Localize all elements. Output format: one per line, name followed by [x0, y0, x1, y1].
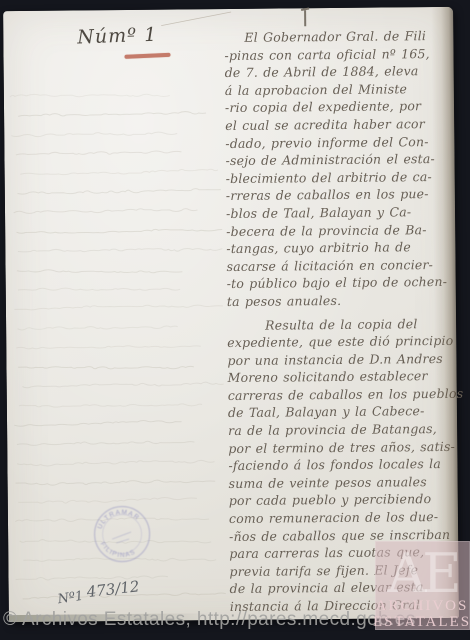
logo-name-line2: ESTATALES	[372, 614, 470, 631]
ink-tally-tick	[301, 8, 309, 11]
manuscript-line: de 7. de Abril de 1884, eleva	[225, 62, 458, 82]
manuscript-line: ta pesos anuales.	[227, 291, 460, 311]
manuscript-line: expediente, que este dió principio	[227, 332, 460, 352]
scratch-mark	[153, 9, 243, 30]
manuscript-text: El Gobernador Gral. de Fili-pinas con ca…	[224, 27, 463, 616]
logo-name-line1: ARCHIVOS	[372, 598, 470, 615]
manuscript-line: -to público bajo el tipo de ochen-	[227, 273, 460, 293]
svg-text:ULTRAMAR: ULTRAMAR	[96, 509, 141, 531]
manuscript-line: -becera de la provincia de Ba-	[226, 220, 459, 240]
document-number-heading: Númº 1	[77, 23, 158, 50]
scanned-document-view: Númº 1 El Gobernador Gral. de Fili-pinas…	[0, 0, 470, 640]
svg-text:FILIPINAS: FILIPINAS	[99, 541, 138, 560]
manuscript-line: -sejo de Administración el esta-	[225, 150, 458, 170]
manuscript-line: suma de veinte pesos anuales	[229, 473, 462, 493]
stamp-text-top: ULTRAMAR	[96, 509, 141, 531]
manuscript-line: -blecimiento del arbitrio de ca-	[226, 168, 459, 188]
manuscript-line: -faciendo á los fondos locales la	[228, 455, 461, 475]
manuscript-paragraph-1: El Gobernador Gral. de Fili-pinas con ca…	[224, 27, 460, 311]
red-underline-mark	[124, 53, 170, 59]
archive-stamp: ULTRAMAR FILIPINAS	[91, 503, 154, 566]
manuscript-line: Resulta de la copia del	[227, 314, 460, 334]
manuscript-line: -blos de Taal, Balayan y Ca-	[226, 203, 459, 223]
manuscript-line: á la aprobacion del Ministe	[225, 80, 458, 100]
manuscript-line: por el termino de tres años, satis-	[228, 437, 461, 457]
manuscript-line: como remuneracion de los due-	[229, 508, 462, 528]
manuscript-line: -rreras de caballos en los pue-	[226, 185, 459, 205]
manuscript-line: -rio copia del expediente, por	[225, 97, 458, 117]
stamp-text-bottom: FILIPINAS	[99, 541, 138, 560]
manuscript-line: -dado, previo informe del Con-	[225, 132, 458, 152]
document-page: Númº 1 El Gobernador Gral. de Fili-pinas…	[3, 7, 459, 622]
manuscript-line: de Taal, Balayan y la Cabece-	[228, 402, 461, 422]
watermark-copyright-text: © Archivos Estatales, http://pares.mecd.…	[3, 609, 416, 631]
manuscript-line: -tangas, cuyo arbitrio ha de	[226, 238, 459, 258]
manuscript-line: por cada pueblo y percibiendo	[229, 490, 462, 510]
manuscript-line: el cual se acredita haber acor	[225, 115, 458, 135]
manuscript-line: carreras de caballos en los pueblos	[228, 385, 461, 405]
manuscript-line: sacarse á licitación en concier-	[226, 256, 459, 276]
manuscript-line: El Gobernador Gral. de Fili	[224, 27, 457, 47]
stamp-center-marks	[112, 532, 131, 543]
manuscript-line: ra de la provincia de Batangas,	[228, 420, 461, 440]
manuscript-line: por una instancia de D.n Andres	[227, 349, 460, 369]
manuscript-line: -pinas con carta oficial nº 165,	[224, 44, 457, 64]
manuscript-line: Moreno solicitando establecer	[228, 367, 461, 387]
ink-tally-mark	[304, 10, 306, 26]
